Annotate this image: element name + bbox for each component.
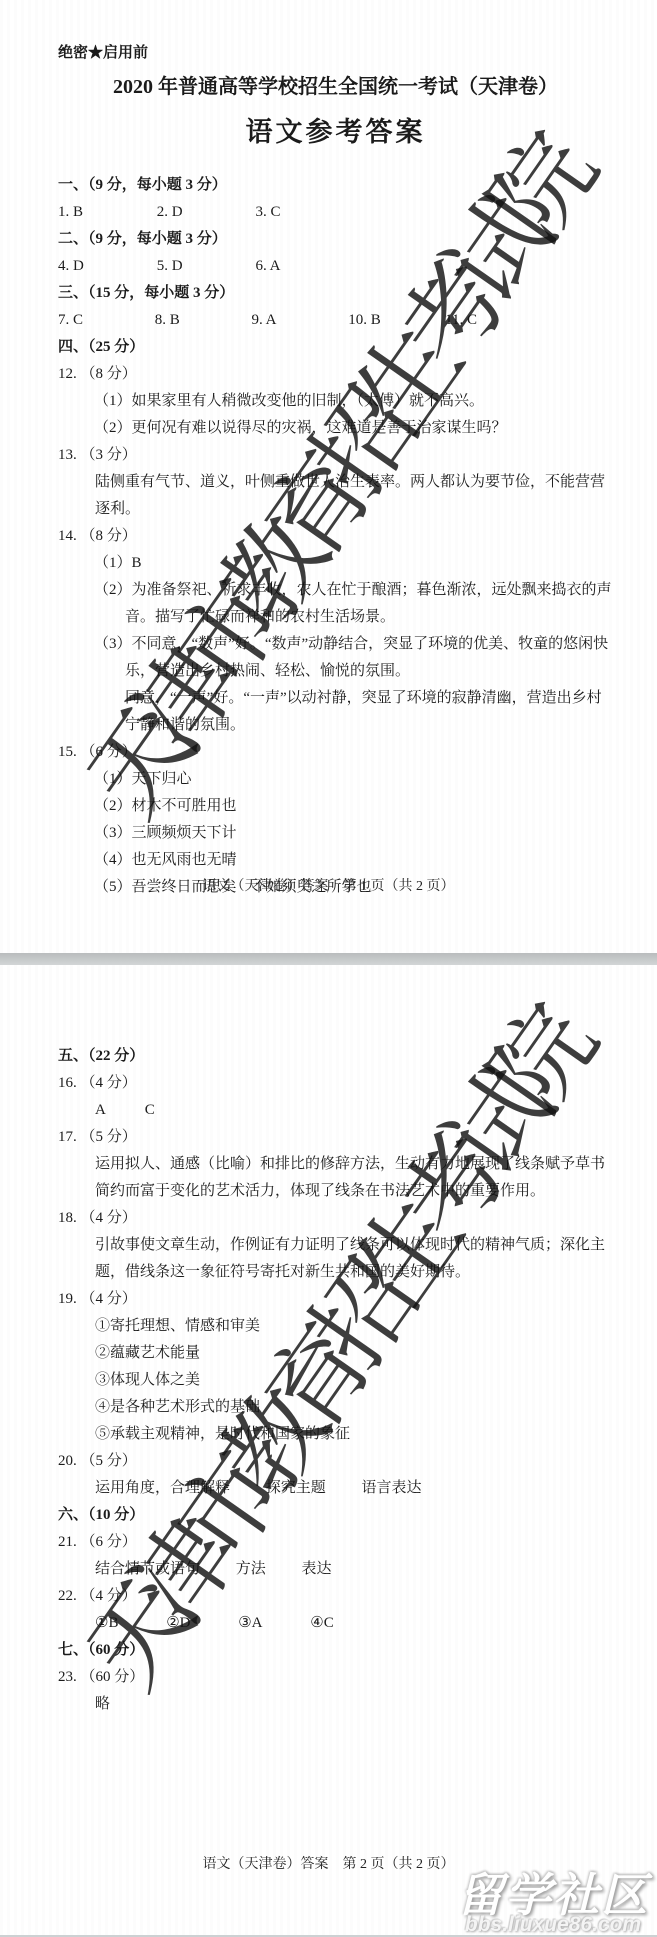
question-heading-20: 20. （5 分） [58,1448,613,1475]
section-heading-5: 五、（22 分） [58,1043,613,1070]
answer-sheet-page-1: 天津市教育招生考试院 绝密★启用前 2020 年普通高等学校招生全国统一考试（天… [0,0,657,953]
answer-line-23: 略 [58,1691,613,1718]
answer-cell-q1: 1. B [58,199,153,226]
answer-line-14-3a: （3）不同意，“数声”好。“数声”动静结合，突显了环境的优美、牧童的悠闲快乐，营… [58,631,613,685]
answer-segment-20c: 语言表达 [362,1475,422,1502]
answer-segment-20a: 运用角度，合理解释 [95,1475,230,1502]
answer-row-4-6: 4. D 5. D 6. A [58,253,613,280]
answer-cell-q5: 5. D [157,253,252,280]
answer-cell-22-4: ④C [310,1610,333,1637]
site-logo-url: bbs.liuxue86.com [457,1914,649,1935]
section-heading-7: 七、（60 分） [58,1637,613,1664]
answer-key-title: 语文参考答案 [58,110,613,154]
question-heading-15: 15. （6 分） [58,739,613,766]
answer-line-15-2: （2）材木不可胜用也 [58,793,613,820]
page-divider [0,953,657,965]
answer-line-15-3: （3）三顾频烦天下计 [58,820,613,847]
answer-line-14-2: （2）为准备祭祀、祈求丰收，农人在忙于酿酒；暮色渐浓，远处飘来捣衣的声音。描写了… [58,577,613,631]
question-heading-22: 22. （4 分） [58,1583,613,1610]
page-footer-1: 语文（天津卷）答案 第 1 页（共 2 页） [0,875,657,895]
answer-line-12-2: （2）更何况有难以说得尽的灾祸，这难道是善于治家谋生吗？ [58,415,613,442]
answer-line-18: 引故事使文章生动，作例证有力证明了线条可以体现时代的精神气质；深化主题，借线条这… [58,1232,613,1286]
question-heading-18: 18. （4 分） [58,1205,613,1232]
answer-row-7-11: 7. C 8. B 9. A 10. B 11. C [58,307,613,334]
answer-line-15-1: （1）天下归心 [58,766,613,793]
answer-line-19-3: ③体现人体之美 [58,1367,613,1394]
exam-title: 2020 年普通高等学校招生全国统一考试（天津卷） [58,70,613,104]
answer-cell-22-3: ③A [238,1610,262,1637]
answer-cell-q3: 3. C [256,199,351,226]
question-heading-17: 17. （5 分） [58,1124,613,1151]
answer-row-21: 结合情节或语句 方法 表达 [58,1556,613,1583]
answer-row-22: ①B ②D ③A ④C [58,1610,613,1637]
answer-cell-q2: 2. D [157,199,252,226]
question-heading-21: 21. （6 分） [58,1529,613,1556]
answer-cell-q7: 7. C [58,307,151,334]
answer-line-19-2: ②蕴藏艺术能量 [58,1340,613,1367]
answer-cell-q11: 11. C [445,307,538,334]
answer-cell-16a: A [95,1097,109,1124]
answer-cell-q9: 9. A [252,307,345,334]
classification-label: 绝密★启用前 [58,40,613,66]
answer-line-19-5: ⑤承载主观精神，是时代和国家的象征 [58,1421,613,1448]
question-heading-14: 14. （8 分） [58,523,613,550]
section-heading-3: 三、（15 分，每小题 3 分） [58,280,613,307]
site-logo-text: 留学社区 [457,1872,649,1918]
answer-cell-16b: C [145,1097,159,1124]
question-heading-19: 19. （4 分） [58,1286,613,1313]
answer-line-19-1: ①寄托理想、情感和审美 [58,1313,613,1340]
answer-line-15-4: （4）也无风雨也无晴 [58,847,613,874]
question-heading-16: 16. （4 分） [58,1070,613,1097]
answer-segment-21a: 结合情节或语句 [95,1556,200,1583]
answer-cell-q10: 10. B [348,307,441,334]
answer-line-14-3b: 同意，“一声”好。“一声”以动衬静，突显了环境的寂静清幽，营造出乡村宁静和谐的氛… [58,685,613,739]
answer-cell-q6: 6. A [256,253,351,280]
question-heading-13: 13. （3 分） [58,442,613,469]
section-heading-6: 六、（10 分） [58,1502,613,1529]
answer-cell-q8: 8. B [155,307,248,334]
section-heading-1: 一、（9 分，每小题 3 分） [58,172,613,199]
answer-row-20: 运用角度，合理解释 探究主题 语言表达 [58,1475,613,1502]
answer-cell-22-2: ②D [166,1610,190,1637]
answer-row-16: A C [58,1097,613,1124]
answer-row-1-3: 1. B 2. D 3. C [58,199,613,226]
answer-line-13: 陆侧重有气节、道义，叶侧重做世人治生表率。两人都认为要节俭，不能营营逐利。 [58,469,613,523]
answer-sheet-page-2: 天津市教育招生考试院 五、（22 分） 16. （4 分） A C 17. （5… [0,965,657,1937]
answer-cell-q4: 4. D [58,253,153,280]
answer-line-17: 运用拟人、通感（比喻）和排比的修辞方法，生动有力地展现了线条赋予草书简约而富于变… [58,1151,613,1205]
answer-segment-20b: 探究主题 [266,1475,326,1502]
answer-line-19-4: ④是各种艺术形式的基础 [58,1394,613,1421]
answer-cell-22-1: ①B [95,1610,118,1637]
answer-segment-21c: 表达 [302,1556,332,1583]
answer-segment-21b: 方法 [236,1556,266,1583]
question-heading-23: 23. （60 分） [58,1664,613,1691]
section-heading-2: 二、（9 分，每小题 3 分） [58,226,613,253]
answer-line-12-1: （1）如果家里有人稍微改变他的旧制，（太傅）就不高兴。 [58,388,613,415]
section-heading-4: 四、（25 分） [58,334,613,361]
site-logo: 留学社区 bbs.liuxue86.com [457,1872,649,1935]
question-heading-12: 12. （8 分） [58,361,613,388]
answer-line-14-1: （1）B [58,550,613,577]
